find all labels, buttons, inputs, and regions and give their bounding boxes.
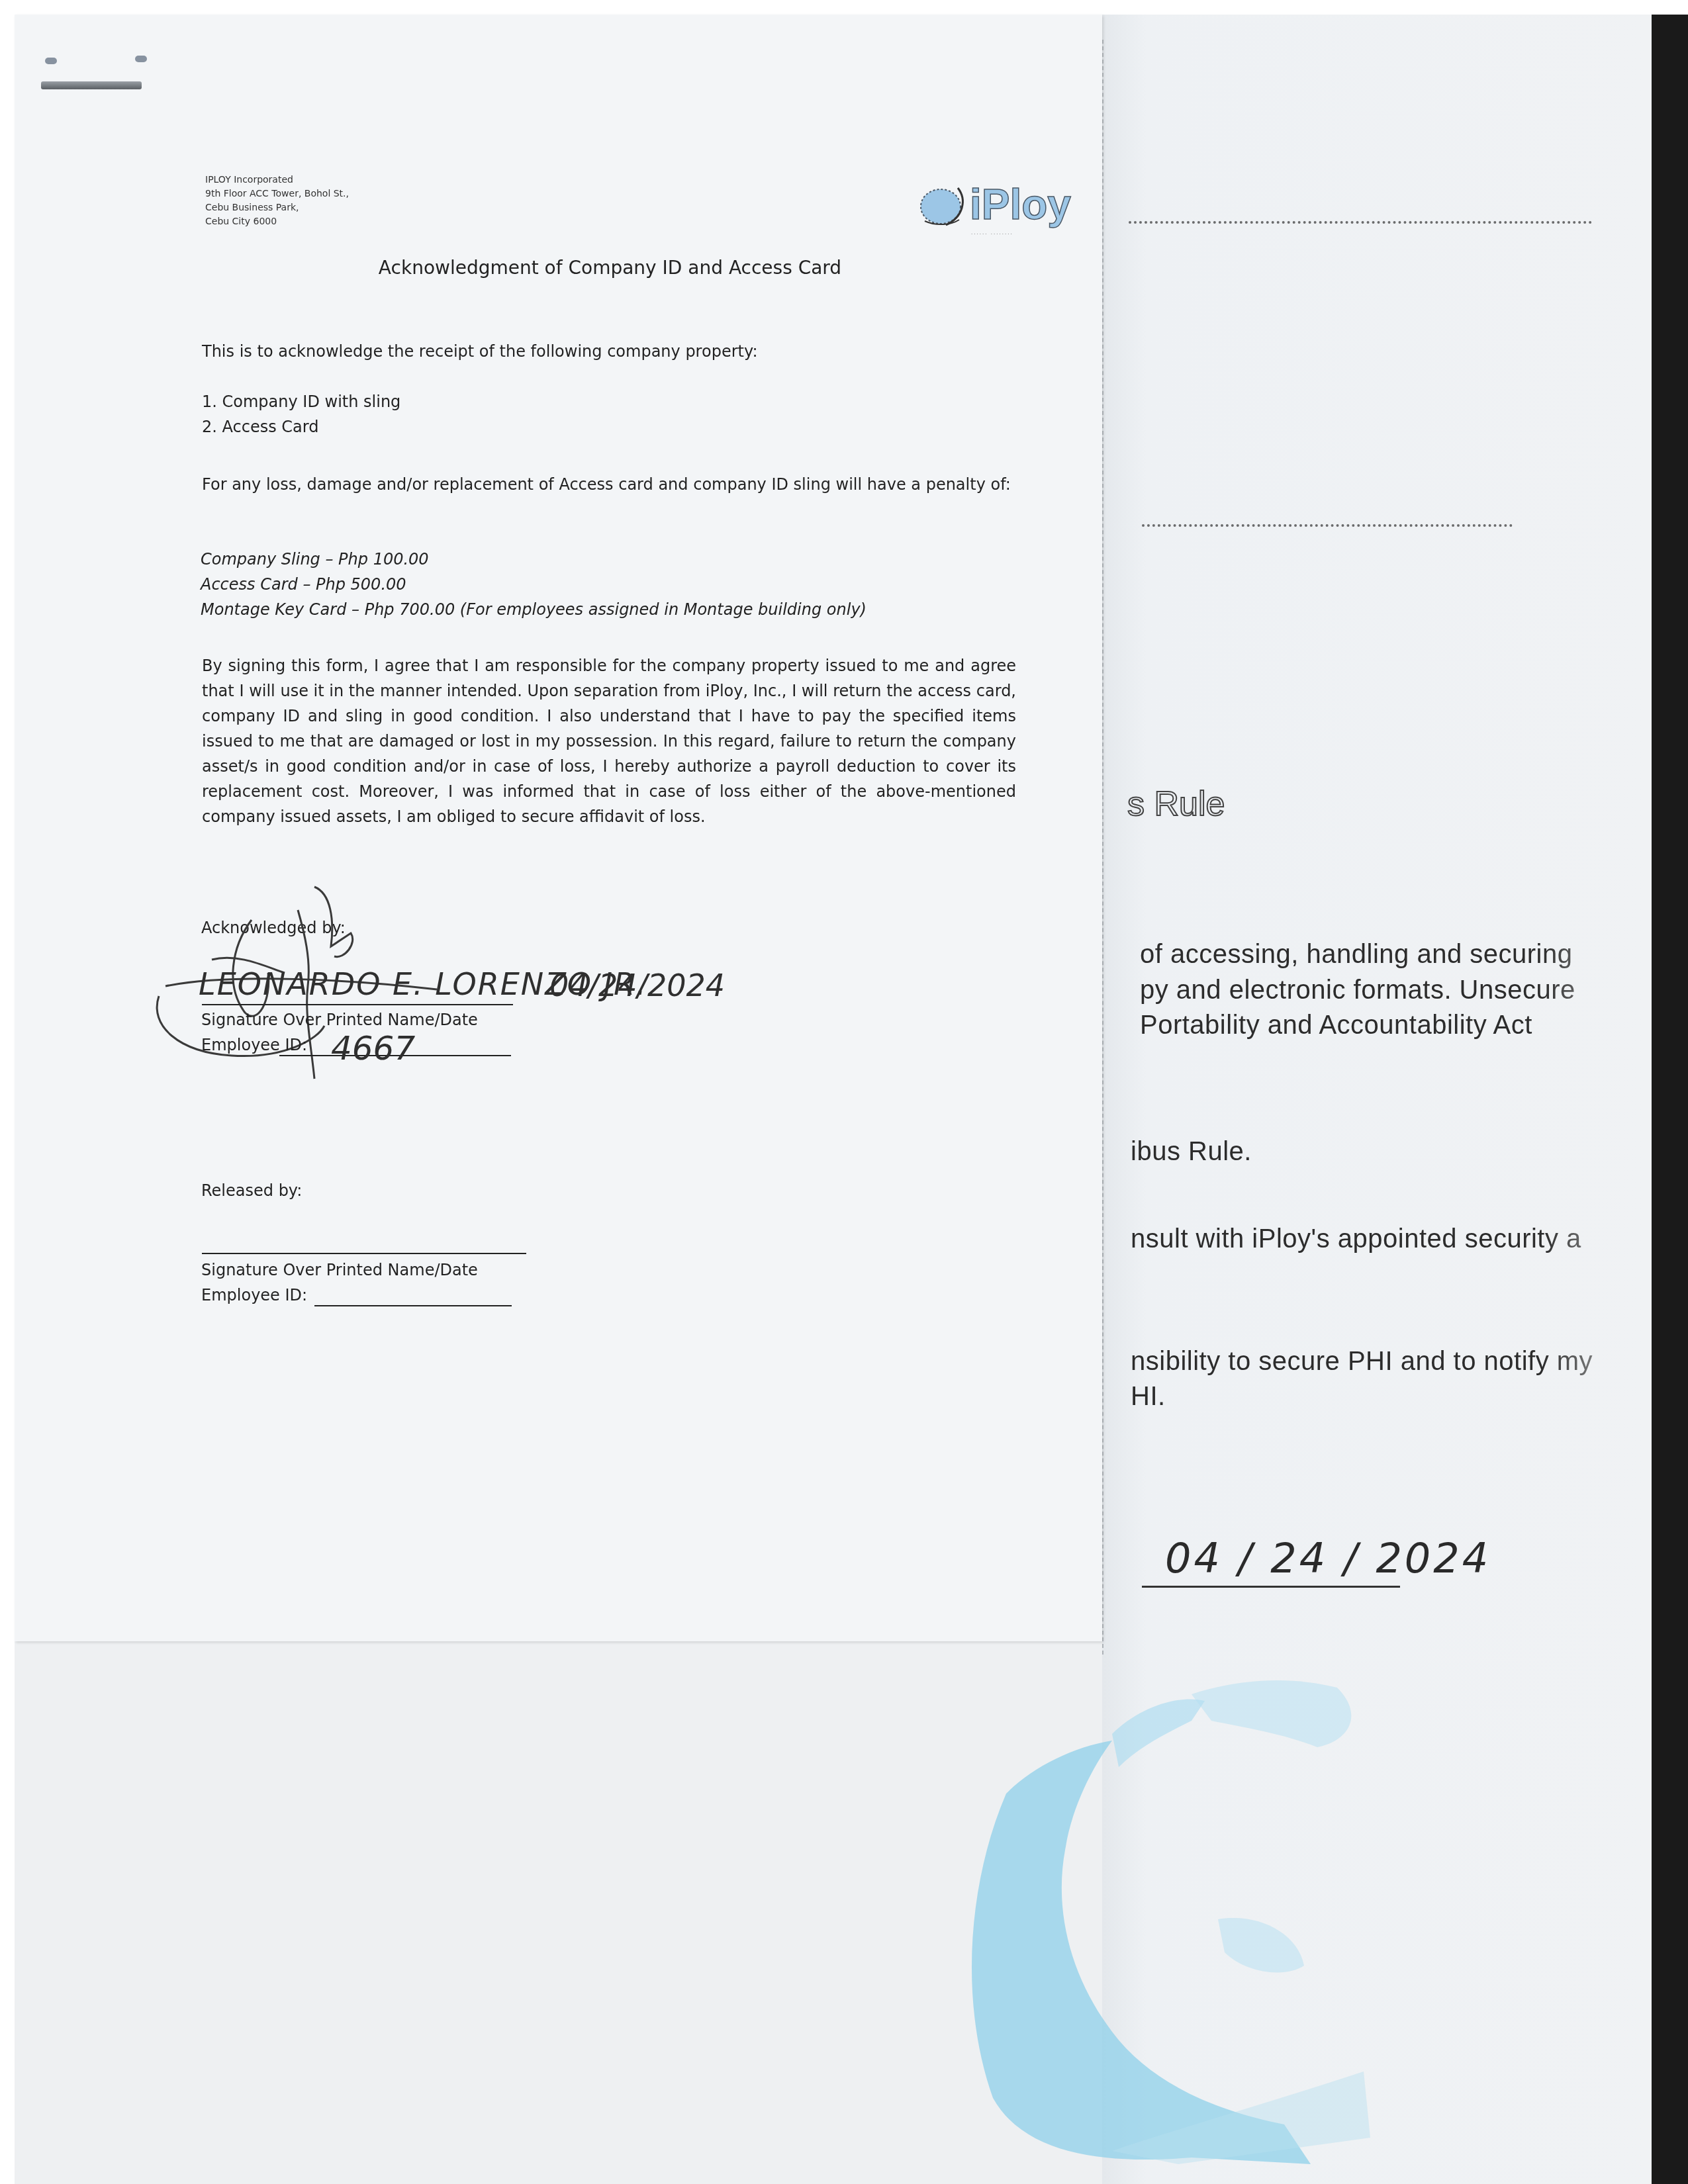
under-page-line: of accessing, handling and securing [1140,940,1572,970]
scanner-edge [1652,15,1688,2184]
property-item: 1. Company ID with sling [202,389,1016,414]
address-line: Cebu Business Park, [205,201,349,215]
under-page-handwritten-date: 04 / 24 / 2024 [1165,1534,1491,1582]
document-title: Acknowledgment of Company ID and Access … [0,257,1220,279]
globe-watermark-icon [914,1635,1509,2177]
logo-tagline: ...... ........ [971,229,1013,236]
penalty-item: Montage Key Card – Php 700.00 (For emplo… [201,597,1015,622]
released-label: Released by: [201,1178,302,1203]
penalty-item: Access Card – Php 500.00 [201,572,1015,597]
intro-text: This is to acknowledge the receipt of th… [202,339,1016,364]
employee-id-value: 4667 [331,1029,415,1068]
penalty-item: Company Sling – Php 100.00 [201,547,1015,572]
employee-id-line[interactable] [314,1305,512,1306]
agreement-paragraph: By signing this form, I agree that I am … [202,653,1016,829]
signature-caption: Signature Over Printed Name/Date [201,1257,478,1283]
under-page-line: nsibility to secure PHI and to notify my [1131,1347,1593,1377]
property-item: 2. Access Card [202,414,1016,439]
under-page-line: nsult with iPloy's appointed security a [1131,1224,1581,1254]
signature-line [202,1004,513,1005]
print-fade [1542,860,1655,1390]
faint-dotted-line [1129,221,1592,228]
under-page-line: HI. [1131,1382,1166,1412]
address-line: 9th Floor ACC Tower, Bohol St., [205,187,349,201]
address-line: IPLOY Incorporated [205,173,349,187]
date-signature-line [1142,1586,1400,1588]
company-address: IPLOY Incorporated 9th Floor ACC Tower, … [205,173,349,229]
under-page-line: Portability and Accountability Act [1140,1011,1532,1040]
staple [41,81,142,89]
logo-wordmark: iPloy [970,180,1071,229]
faint-dotted-line [1142,524,1513,531]
handwritten-date: 04/24/2024 [549,968,725,1003]
penalty-intro: For any loss, damage and/or replacement … [202,472,1016,497]
signature-line[interactable] [202,1253,526,1254]
under-page-line: py and electronic formats. Unsecure [1140,976,1575,1005]
address-line: Cebu City 6000 [205,215,349,229]
iploy-logo: iPloy ...... ........ [917,179,1089,238]
staple-hole [135,56,147,62]
under-page-line: ibus Rule. [1131,1137,1252,1167]
globe-swoosh-icon [917,184,971,230]
sheet-edge [1102,40,1106,1655]
employee-id-label: Employee ID: [201,1032,307,1058]
under-page-heading-fragment: s Rule [1127,784,1225,824]
employee-id-label: Employee ID: [201,1283,307,1308]
staple-hole [45,58,57,64]
